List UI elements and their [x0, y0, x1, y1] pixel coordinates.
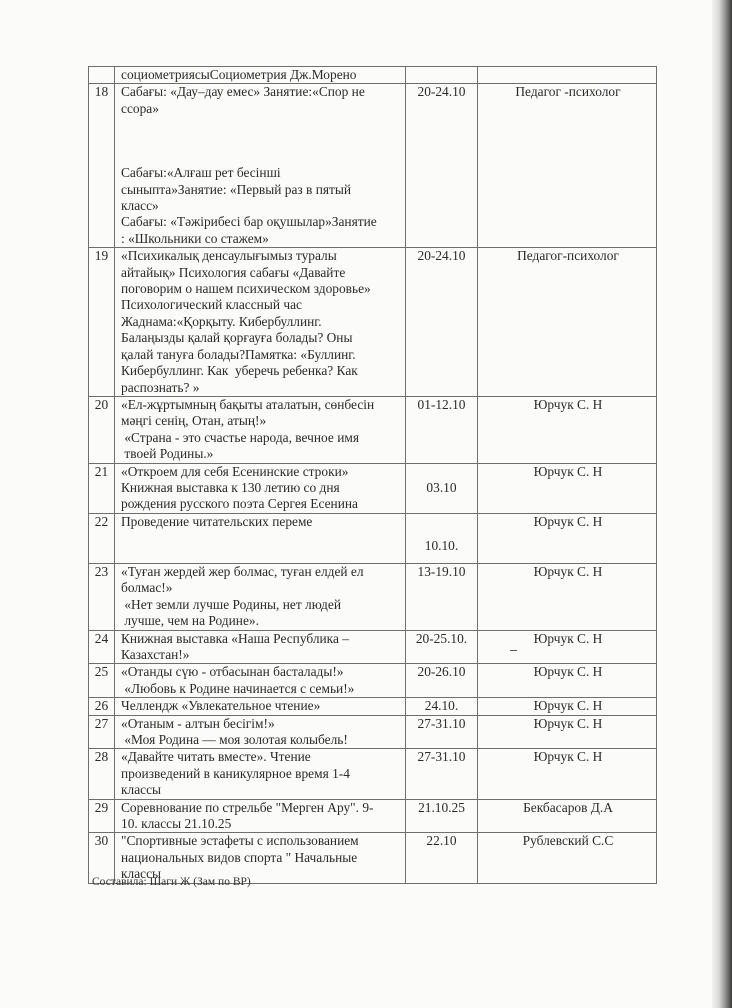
event-line: Сабағы: «Дау–дау емес» Занятие:«Спор не [121, 84, 401, 100]
event-cell: Сабағы: «Дау–дау емес» Занятие:«Спор нес… [115, 84, 406, 248]
event-line: произведений в каникулярное время 1-4 [121, 766, 401, 782]
event-line: лучше, чем на Родине». [121, 613, 401, 629]
row-number: 28 [89, 749, 115, 799]
date-value: 21.10.25 [418, 800, 465, 815]
event-line: национальных видов спорта " Начальные [121, 850, 401, 866]
responsible-cell: Юрчук С. Н [478, 396, 657, 463]
event-line: распознать? » [121, 380, 401, 396]
event-line: твоей Родины.» [121, 446, 401, 462]
event-line: «Любовь к Родине начинается с семьи!» [121, 681, 401, 697]
event-line: поговорим о нашем психическом здоровье» [121, 281, 401, 297]
date-value: 27-31.10 [418, 749, 466, 764]
date-cell: 01-12.10 [406, 396, 478, 463]
table-row: 19«Психикалық денсаулығымыз туралыайтайы… [89, 248, 657, 397]
responsible-cell: Юрчук С. Н [478, 463, 657, 513]
row-number: 24 [89, 630, 115, 664]
event-line: «Давайте читать вместе». Чтение [121, 749, 401, 765]
event-line: Сабағы:«Алғаш рет бесінші [121, 165, 401, 181]
responsible-cell: Юрчук С. Н [478, 513, 657, 563]
event-cell: «Отаным - алтын бесігім!» «Моя Родина — … [115, 715, 406, 749]
date-cell: 03.10 [406, 463, 478, 513]
event-line: қалай тануға болады?Памятка: «Буллинг. [121, 347, 401, 363]
event-plan-table: социометриясыСоциометрия Дж.Морено 18Саб… [88, 66, 657, 884]
table-row: 25«Отанды сүю - отбасынан басталады!» «Л… [89, 664, 657, 698]
event-cell: Челлендж «Увлекательное чтение» [115, 698, 406, 715]
table-row: 23«Туған жердей жер болмас, туған елдей … [89, 563, 657, 630]
event-cell: Книжная выставка «Наша Республика –Казах… [115, 630, 406, 664]
event-line: Челлендж «Увлекательное чтение» [121, 698, 401, 714]
event-line: ссора» [121, 101, 401, 117]
responsible-cell: Педагог-психолог [478, 248, 657, 397]
spacer [121, 117, 401, 165]
responsible-cell [478, 67, 657, 84]
event-line: Кибербуллинг. Как уберечь ребенка? Как [121, 363, 401, 379]
event-cell: социометриясыСоциометрия Дж.Морено [115, 67, 406, 84]
event-line: Соревнование по стрельбе "Мерген Ару". 9… [121, 800, 401, 816]
date-cell: 20-26.10 [406, 664, 478, 698]
row-number [89, 67, 115, 84]
event-line: 10. классы 21.10.25 [121, 816, 401, 832]
event-line: «Отанды сүю - отбасынан басталады!» [121, 664, 401, 680]
event-cell: Соревнование по стрельбе "Мерген Ару". 9… [115, 799, 406, 833]
responsible-cell: Рублевский С.С [478, 833, 657, 883]
event-line: «Ел-жұртымның бақыты аталатын, сөнбесін [121, 397, 401, 413]
date-cell: 20-24.10 [406, 84, 478, 248]
date-cell [406, 67, 478, 84]
date-cell: 13-19.10 [406, 563, 478, 630]
pen-mark [510, 650, 517, 651]
event-cell: «Психикалық денсаулығымыз туралыайтайық»… [115, 248, 406, 397]
table-row: 18Сабағы: «Дау–дау емес» Занятие:«Спор н… [89, 84, 657, 248]
date-cell: 20-25.10. [406, 630, 478, 664]
table-row-continued: социометриясыСоциометрия Дж.Морено [89, 67, 657, 84]
date-value: 24.10. [425, 698, 458, 713]
event-line: Книжная выставка к 130 летию со дня [121, 480, 401, 496]
row-number: 27 [89, 715, 115, 749]
event-line: рождения русского поэта Сергея Есенина [121, 496, 401, 512]
table-row: 21«Откроем для себя Есенинские строки»Кн… [89, 463, 657, 513]
date-value: 13-19.10 [418, 564, 466, 579]
event-line: Психологический классный час [121, 297, 401, 313]
event-line: классы [121, 782, 401, 798]
table-row: 20«Ел-жұртымның бақыты аталатын, сөнбесі… [89, 396, 657, 463]
responsible-cell: Юрчук С. Н [478, 664, 657, 698]
event-line: сыныпта»Занятие: «Первый раз в пятый [121, 182, 401, 198]
date-value: 20-25.10. [416, 631, 467, 646]
event-cell: «Туған жердей жер болмас, туған елдей ел… [115, 563, 406, 630]
event-line: : «Школьники со стажем» [121, 231, 401, 247]
event-line [121, 530, 401, 546]
date-value: 20-24.10 [418, 248, 466, 263]
date-cell: 27-31.10 [406, 715, 478, 749]
event-line: Книжная выставка «Наша Республика – [121, 631, 401, 647]
event-cell: «Откроем для себя Есенинские строки»Книж… [115, 463, 406, 513]
event-line: «Моя Родина — моя золотая колыбель! [121, 732, 401, 748]
event-line: Сабағы: «Тәжірибесі бар оқушылар»Занятие [121, 214, 401, 230]
table-row: 26Челлендж «Увлекательное чтение»24.10.Ю… [89, 698, 657, 715]
date-value: 22.10 [426, 833, 456, 848]
event-cell: Проведение читательских переме [115, 513, 406, 563]
responsible-cell: Педагог -психолог [478, 84, 657, 248]
event-line [121, 547, 401, 563]
event-line: «Отаным - алтын бесігім!» [121, 716, 401, 732]
row-number: 29 [89, 799, 115, 833]
event-line: айтайық» Психология сабағы «Давайте [121, 265, 401, 281]
responsible-cell: Юрчук С. Н [478, 563, 657, 630]
date-cell: 27-31.10 [406, 749, 478, 799]
responsible-cell: Бекбасаров Д.А [478, 799, 657, 833]
responsible-cell: Юрчук С. Н [478, 715, 657, 749]
responsible-cell: Юрчук С. Н [478, 698, 657, 715]
date-value: 20-26.10 [418, 664, 466, 679]
table-row: 27«Отаным - алтын бесігім!» «Моя Родина … [89, 715, 657, 749]
row-number: 20 [89, 396, 115, 463]
event-line: «Туған жердей жер болмас, туған елдей ел [121, 564, 401, 580]
table-row: 29Соревнование по стрельбе "Мерген Ару".… [89, 799, 657, 833]
row-number: 23 [89, 563, 115, 630]
event-line: класс» [121, 198, 401, 214]
event-line: мәңгі сенің, Отан, атың!» [121, 413, 401, 429]
event-line: «Нет земли лучше Родины, нет людей [121, 597, 401, 613]
event-line: «Откроем для себя Есенинские строки» [121, 464, 401, 480]
date-cell: 24.10. [406, 698, 478, 715]
date-cell: 20-24.10 [406, 248, 478, 397]
date-cell: 10.10. [406, 513, 478, 563]
date-value: 03.10 [410, 464, 473, 496]
responsible-cell: Юрчук С. Н [478, 749, 657, 799]
date-value: 01-12.10 [418, 397, 466, 412]
row-number: 19 [89, 248, 115, 397]
event-line: Жаднама:«Қорқыту. Кибербуллинг. [121, 314, 401, 330]
table-row: 22Проведение читательских переме 10.10.Ю… [89, 513, 657, 563]
event-line: Казахстан!» [121, 647, 401, 663]
table-row: 24Книжная выставка «Наша Республика –Каз… [89, 630, 657, 664]
event-line: социометриясыСоциометрия Дж.Морено [121, 67, 401, 83]
event-cell: «Давайте читать вместе». Чтениепроизведе… [115, 749, 406, 799]
row-number: 18 [89, 84, 115, 248]
row-number: 22 [89, 513, 115, 563]
row-number: 25 [89, 664, 115, 698]
row-number: 26 [89, 698, 115, 715]
date-value: 10.10. [410, 514, 473, 554]
event-line: Проведение читательских переме [121, 514, 401, 530]
event-line: "Спортивные эстафеты с использованием [121, 833, 401, 849]
event-line: «Психикалық денсаулығымыз туралы [121, 248, 401, 264]
date-cell: 22.10 [406, 833, 478, 883]
table-row: 28«Давайте читать вместе». Чтениепроизве… [89, 749, 657, 799]
row-number: 21 [89, 463, 115, 513]
date-cell: 21.10.25 [406, 799, 478, 833]
date-value: 27-31.10 [418, 716, 466, 731]
event-line: болмас!» [121, 580, 401, 596]
event-cell: «Отанды сүю - отбасынан басталады!» «Люб… [115, 664, 406, 698]
date-value: 20-24.10 [418, 84, 466, 99]
event-line: Балаңызды қалай қорғауға болады? Оны [121, 330, 401, 346]
event-cell: «Ел-жұртымның бақыты аталатын, сөнбесінм… [115, 396, 406, 463]
scanned-page-edge-shadow [712, 0, 732, 1008]
event-line: «Страна - это счастье народа, вечное имя [121, 430, 401, 446]
compiled-by-note: Составила: Шаги Ж (Зам по ВР) [92, 876, 251, 888]
responsible-cell: Юрчук С. Н [478, 630, 657, 664]
